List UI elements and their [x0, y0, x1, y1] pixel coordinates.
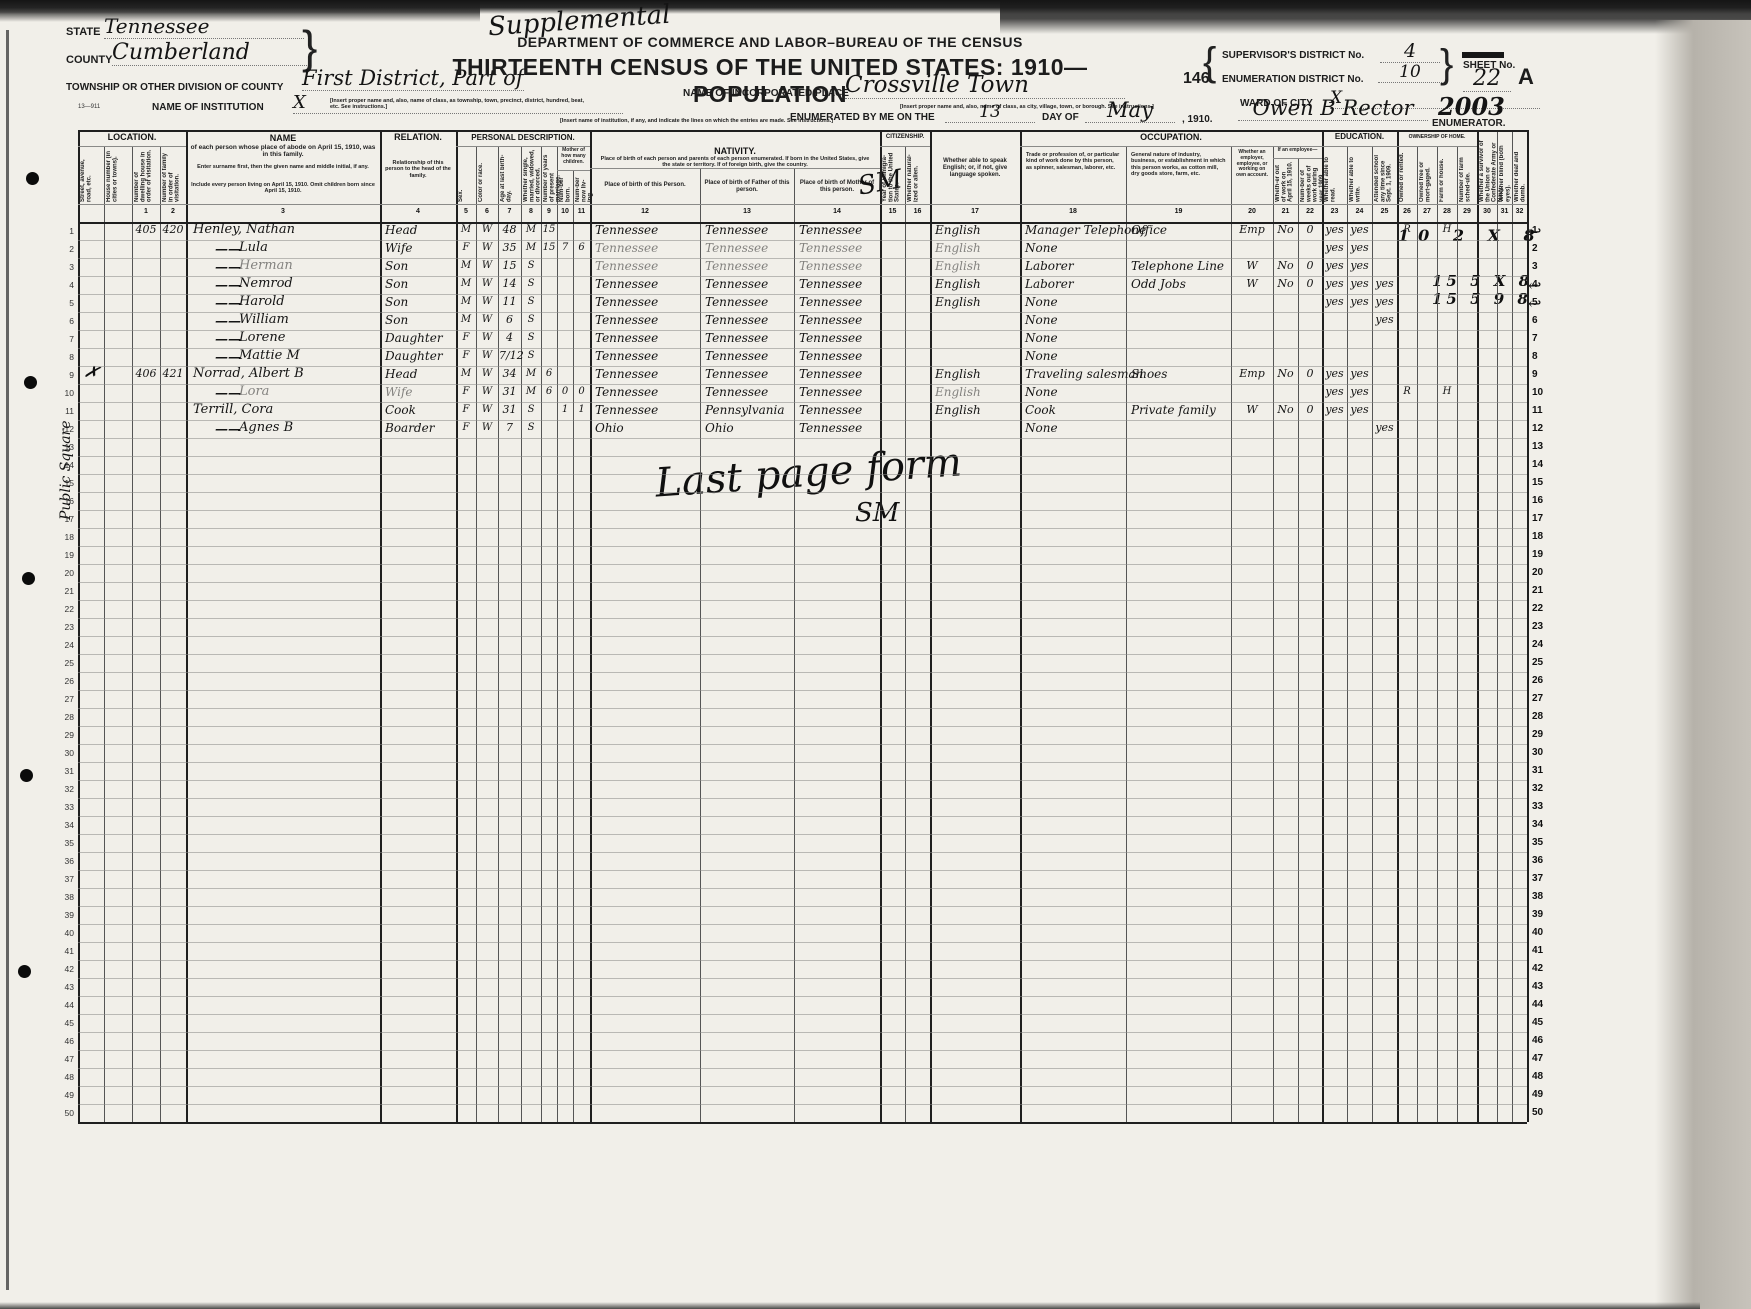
cell-trade-row1: Manager Telephone	[1021, 220, 1129, 238]
occupation-title: OCCUPATION.	[1020, 132, 1322, 142]
grid-vline	[1457, 146, 1458, 1122]
row-number-right: 31	[1532, 765, 1556, 776]
col-number-sex: 5	[456, 208, 476, 215]
cell-pbf-row11: Pennsylvania	[701, 400, 797, 418]
row-number-left: 19	[58, 550, 74, 560]
last-page-initials: SM	[855, 498, 899, 528]
census-scanned-page: Supplemental STATE Tennessee COUNTY Cumb…	[0, 0, 1751, 1309]
cell-pb-row11: Tennessee	[591, 400, 703, 418]
row-number-right: 27	[1532, 693, 1556, 704]
row-number-right: 19	[1532, 549, 1556, 560]
col-header-fh: Farm or house.	[1439, 148, 1455, 202]
row-number-left: 41	[58, 946, 74, 956]
row-number-right: 33	[1532, 801, 1556, 812]
row-number-right: 35	[1532, 837, 1556, 848]
row-number-left: 25	[58, 658, 74, 668]
col-number-read: 23	[1322, 208, 1347, 215]
grid-rowline	[78, 978, 1527, 979]
township-label: TOWNSHIP OR OTHER DIVISION OF COUNTY	[66, 82, 283, 93]
grid-rowline	[78, 996, 1527, 997]
row-number-right: 28	[1532, 711, 1556, 722]
row-number-right: 9	[1532, 369, 1556, 380]
grid-rowline	[78, 510, 1527, 511]
cell-relation-row9: Head	[381, 364, 459, 382]
cell-sex-row8: F	[457, 346, 475, 364]
row-number-right: 2	[1532, 243, 1556, 254]
state-label: STATE	[66, 26, 100, 38]
row-number-left: 37	[58, 874, 74, 884]
cell-mar-row6: S	[522, 310, 540, 328]
cell-eng-row2: English	[931, 238, 1023, 256]
cell-relation-row6: Son	[381, 310, 459, 328]
cell-pb-row4: Tennessee	[591, 274, 703, 292]
grid-vline	[1512, 130, 1513, 1122]
cell-color-row2: W	[477, 238, 497, 256]
cell-fh-row10: H	[1438, 382, 1456, 400]
cell-trade-row11: Cook	[1021, 400, 1129, 418]
cell-pbm-row11: Tennessee	[795, 400, 883, 418]
tabulation-code-row4: 15 5 X 8	[1432, 272, 1533, 290]
cell-color-row1: W	[477, 220, 497, 238]
cell-mar-row4: S	[522, 274, 540, 292]
cell-pb-row1: Tennessee	[591, 220, 703, 238]
grid-rowline	[78, 618, 1527, 619]
scan-top-right-smudge	[1000, 0, 1751, 34]
nativity-note: Place of birth of each person and parent…	[596, 156, 874, 169]
grid-hline	[1397, 146, 1477, 147]
sheet-letter: A	[1518, 64, 1534, 90]
cell-trade-row3: Laborer	[1021, 256, 1129, 274]
cell-age-row5: 11	[499, 292, 520, 310]
row-number-left: 11	[58, 406, 74, 416]
col-header-out: Wheth-er out of work on April 15, 1910.	[1275, 160, 1296, 202]
cell-age-row4: 14	[499, 274, 520, 292]
row-number-left: 29	[58, 730, 74, 740]
col-number-surv: 30	[1477, 208, 1497, 215]
row-number-right: 23	[1532, 621, 1556, 632]
cell-pbf-row1: Tennessee	[701, 220, 797, 238]
row-number-right: 17	[1532, 513, 1556, 524]
cell-liv-row2: 6	[574, 238, 589, 256]
row-number-right: 36	[1532, 855, 1556, 866]
grid-hline	[1322, 146, 1397, 147]
industry-header: General nature of industry, business, or…	[1131, 152, 1226, 177]
cell-pbf-row3: Tennessee	[701, 256, 797, 274]
col-number-immig: 15	[880, 208, 905, 215]
cell-out-row1: No	[1274, 220, 1297, 238]
col-header-surv: Whether a survivor of the Union or Confe…	[1479, 134, 1495, 202]
cell-pbf-row12: Ohio	[701, 418, 797, 436]
cell-mar-row9: M	[522, 364, 540, 382]
hole-punch	[26, 172, 39, 185]
cell-read-row11: yes	[1323, 400, 1346, 418]
cell-emp-row11: W	[1232, 400, 1272, 418]
cell-eng-row1: English	[931, 220, 1023, 238]
grid-rowline	[78, 600, 1527, 601]
col-header-family: Number of family in order of visitation.	[162, 148, 184, 202]
row-number-right: 49	[1532, 1089, 1556, 1100]
incorporated-label: NAME OF INCORPORATED PLACE	[683, 88, 849, 99]
cell-ind-row4: Odd Jobs	[1127, 274, 1234, 292]
name-title: NAME	[186, 133, 380, 143]
cell-trade-row10: None	[1021, 382, 1129, 400]
location-title: LOCATION.	[78, 132, 186, 142]
grid-hline	[557, 170, 590, 171]
row-number-left: 38	[58, 892, 74, 902]
grid-rowline	[78, 492, 1527, 493]
cell-relation-row4: Son	[381, 274, 459, 292]
row-number-left: 31	[58, 766, 74, 776]
col-header-mort: Owned free or mort-gaged.	[1419, 148, 1435, 202]
row-number-right: 25	[1532, 657, 1556, 668]
relation-header-p: Relationship of this person to the head …	[383, 160, 453, 179]
col-number-pbm: 14	[794, 208, 880, 215]
education-title: EDUCATION.	[1322, 132, 1397, 141]
row-number-right: 6	[1532, 315, 1556, 326]
grid-vline	[104, 146, 105, 1122]
personal-description-title: PERSONAL DESCRIPTION.	[456, 133, 590, 142]
cell-pbf-row6: Tennessee	[701, 310, 797, 328]
cell-yrs-row1: 15	[542, 220, 556, 238]
cell-name-row9: Norrad, Albert B	[187, 364, 385, 382]
county-value: Cumberland	[112, 40, 307, 66]
district-brace: {	[1203, 40, 1216, 85]
row-number-right: 5	[1532, 297, 1556, 308]
cell-sex-row12: F	[457, 418, 475, 436]
row-number-right: 42	[1532, 963, 1556, 974]
col-header-natur: Whether natural-ized or alien.	[907, 148, 928, 202]
cell-pbm-row5: Tennessee	[795, 292, 883, 310]
grid-hline	[880, 146, 930, 147]
cell-dwelling-row1: 405	[133, 220, 159, 238]
cell-age-row6: 6	[499, 310, 520, 328]
cell-trade-row4: Laborer	[1021, 274, 1129, 292]
hole-punch	[24, 376, 37, 389]
cell-own-row10: R	[1398, 382, 1416, 400]
col-number-relation: 4	[380, 208, 456, 215]
cell-pbm-row3: Tennessee	[795, 256, 883, 274]
cell-sex-row4: M	[457, 274, 475, 292]
grid-vline	[1497, 130, 1498, 1122]
row-number-right: 4	[1532, 279, 1556, 290]
cell-mar-row11: S	[522, 400, 540, 418]
cell-pb-row2: Tennessee	[591, 238, 703, 256]
cell-pb-row6: Tennessee	[591, 310, 703, 328]
col-header-age: Age at last birth-day.	[500, 148, 519, 202]
cell-sex-row10: F	[457, 382, 475, 400]
cell-mar-row1: M	[522, 220, 540, 238]
cell-read-row3: yes	[1323, 256, 1346, 274]
grid-rowline	[78, 780, 1527, 781]
grid-rowline	[78, 816, 1527, 817]
name-header-p2: Enter surname first, then the given name…	[190, 164, 376, 170]
cell-pbm-row12: Tennessee	[795, 418, 883, 436]
cell-wks-row3: 0	[1299, 256, 1321, 274]
col-header-sched: Number of farm sched-ule.	[1459, 148, 1475, 202]
row-number-right: 50	[1532, 1107, 1556, 1118]
cell-pb-row9: Tennessee	[591, 364, 703, 382]
cell-eng-row5: English	[931, 292, 1023, 310]
cell-ind-row1: Office	[1127, 220, 1234, 238]
col-number-yrs: 9	[541, 208, 557, 215]
cell-emp-row1: Emp	[1232, 220, 1272, 238]
grid-rowline	[78, 1014, 1527, 1015]
grid-rowline	[78, 474, 1527, 475]
grid-hline	[1273, 158, 1322, 159]
grid-vline	[1437, 146, 1438, 1122]
col-header-own: Owned or rented.	[1399, 148, 1415, 202]
row-number-right: 16	[1532, 495, 1556, 506]
cell-pbf-row4: Tennessee	[701, 274, 797, 292]
enumeration-label: ENUMERATION DISTRICT No.	[1222, 74, 1363, 85]
row-number-right: 20	[1532, 567, 1556, 578]
col-number-eng: 17	[930, 208, 1020, 215]
cell-pbf-row7: Tennessee	[701, 328, 797, 346]
grid-vline	[1273, 146, 1274, 1122]
stamp-2003: 2003	[1438, 92, 1505, 121]
cell-yrs-row10: 6	[542, 382, 556, 400]
row-number-left: 50	[58, 1108, 74, 1118]
row-number-left: 20	[58, 568, 74, 578]
col-number-ind: 19	[1126, 208, 1231, 215]
row-number-left: 23	[58, 622, 74, 632]
year-label: , 1910.	[1182, 114, 1213, 125]
row-number-right: 47	[1532, 1053, 1556, 1064]
cell-sex-row1: M	[457, 220, 475, 238]
scan-bottom-edge	[0, 1302, 1700, 1309]
col-number-dwelling: 1	[132, 208, 160, 215]
row-number-left: 44	[58, 1000, 74, 1010]
cell-trade-row5: None	[1021, 292, 1129, 310]
cell-color-row7: W	[477, 328, 497, 346]
row-number-left: 21	[58, 586, 74, 596]
cell-relation-row12: Boarder	[381, 418, 459, 436]
col-header-street: Street, avenue, road, etc.	[80, 148, 102, 202]
relation-title: RELATION.	[380, 132, 456, 142]
cell-mar-row7: S	[522, 328, 540, 346]
cell-color-row5: W	[477, 292, 497, 310]
grid-hline	[78, 204, 1527, 205]
department-line: DEPARTMENT OF COMMERCE AND LABOR–BUREAU …	[430, 34, 1110, 50]
cell-mar-row2: M	[522, 238, 540, 256]
cell-school-row5: yes	[1373, 292, 1396, 310]
cell-mar-row3: S	[522, 256, 540, 274]
cell-pb-row10: Tennessee	[591, 382, 703, 400]
col-number-name: 3	[186, 208, 380, 215]
row-number-right: 10	[1532, 387, 1556, 398]
scan-left-edge	[6, 30, 9, 1290]
grid-rowline	[78, 924, 1527, 925]
row-number-right: 3	[1532, 261, 1556, 272]
ownership-title: OWNERSHIP OF HOME.	[1397, 134, 1477, 140]
cell-pb-row8: Tennessee	[591, 346, 703, 364]
tabulation-code-row1: 10 2 X 8	[1398, 226, 1544, 245]
cell-color-row9: W	[477, 364, 497, 382]
enumerated-month: May	[1085, 98, 1175, 123]
row-number-left: 47	[58, 1054, 74, 1064]
institution-label: NAME OF INSTITUTION	[152, 102, 264, 113]
cell-read-row5: yes	[1323, 292, 1346, 310]
row-number-left: 26	[58, 676, 74, 686]
col-header-born: Num-ber born.	[559, 172, 571, 202]
row-number-right: 1	[1532, 225, 1556, 236]
row-number-left: 15	[58, 478, 74, 488]
cell-emp-row9: Emp	[1232, 364, 1272, 382]
col-header-wks: Num-ber of weeks out of work during year…	[1300, 160, 1320, 202]
cell-pb-row5: Tennessee	[591, 292, 703, 310]
cell-age-row2: 35	[499, 238, 520, 256]
row-number-left: 46	[58, 1036, 74, 1046]
cell-age-row9: 34	[499, 364, 520, 382]
grid-rowline	[78, 636, 1527, 637]
cell-write-row1: yes	[1348, 220, 1371, 238]
cell-read-row4: yes	[1323, 274, 1346, 292]
grid-rowline	[78, 942, 1527, 943]
cell-age-row7: 4	[499, 328, 520, 346]
col-number-liv: 11	[573, 208, 590, 215]
name-header-p1: of each person whose place of abode on A…	[190, 144, 376, 159]
cell-relation-row3: Son	[381, 256, 459, 274]
state-value: Tennessee	[104, 14, 304, 39]
cell-relation-row5: Son	[381, 292, 459, 310]
employer-header: Whether an employer, employee, or workin…	[1233, 150, 1271, 179]
cell-ind-row11: Private family	[1127, 400, 1234, 418]
trade-header: Trade or profession of, or particular ki…	[1026, 152, 1120, 171]
col-number-natur: 16	[905, 208, 930, 215]
cell-ind-row3: Telephone Line	[1127, 256, 1234, 274]
cell-pbm-row8: Tennessee	[795, 346, 883, 364]
cell-fh-row1: H	[1438, 220, 1456, 238]
cell-wks-row11: 0	[1299, 400, 1321, 418]
col-header-sex: Sex.	[458, 148, 474, 202]
grid-vline	[1477, 130, 1479, 1122]
cell-liv-row10: 0	[574, 382, 589, 400]
cell-out-row9: No	[1274, 364, 1297, 382]
scan-right-edge	[1655, 20, 1751, 1309]
grid-vline	[132, 146, 133, 1122]
enumerator-signature: Owen B Rector	[1238, 96, 1428, 121]
cell-wks-row9: 0	[1299, 364, 1321, 382]
grid-rowline	[78, 672, 1527, 673]
cell-mar-row12: S	[522, 418, 540, 436]
row-number-left: 17	[58, 514, 74, 524]
row-number-left: 3	[58, 262, 74, 272]
cell-pbm-row1: Tennessee	[795, 220, 883, 238]
row-number-right: 26	[1532, 675, 1556, 686]
cell-emp-row4: W	[1232, 274, 1272, 292]
col-number-school: 25	[1372, 208, 1397, 215]
grid-rowline	[78, 1050, 1527, 1051]
row-number-right: 48	[1532, 1071, 1556, 1082]
row-number-left: 2	[58, 244, 74, 254]
grid-rowline	[78, 564, 1527, 565]
grid-rowline	[78, 582, 1527, 583]
col-header-blind: Whether blind (both eyes).	[1499, 134, 1510, 202]
birthplace-person-header: Place of birth of this Person.	[594, 182, 696, 189]
row-number-left: 48	[58, 1072, 74, 1082]
row-number-left: 4	[58, 280, 74, 290]
birthplace-father-header: Place of birth of Father of this person.	[703, 180, 791, 194]
col-number-age: 7	[498, 208, 521, 215]
grid-hline	[78, 130, 1527, 132]
col-number-emp: 20	[1231, 208, 1273, 215]
grid-rowline	[78, 726, 1527, 727]
cell-pbm-row6: Tennessee	[795, 310, 883, 328]
english-header: Whether able to speak English; or, if no…	[934, 158, 1016, 179]
cell-eng-row10: English	[931, 382, 1023, 400]
row-number-right: 39	[1532, 909, 1556, 920]
cell-relation-row8: Daughter	[381, 346, 459, 364]
cell-school-row12: yes	[1373, 418, 1396, 436]
row-number-right: 38	[1532, 891, 1556, 902]
cell-school-row6: yes	[1373, 310, 1396, 328]
name-header-p3: Include every person living on April 15,…	[190, 182, 376, 195]
cell-age-row11: 31	[499, 400, 520, 418]
cell-pbm-row9: Tennessee	[795, 364, 883, 382]
cell-out-row3: No	[1274, 256, 1297, 274]
hole-punch	[22, 572, 35, 585]
row-number-left: 6	[58, 316, 74, 326]
grid-rowline	[78, 870, 1527, 871]
col-header-read: Whether able to read.	[1324, 148, 1345, 202]
cell-read-row2: yes	[1323, 238, 1346, 256]
if-employee-label: If an employee—	[1273, 148, 1322, 154]
cell-pbm-row4: Tennessee	[795, 274, 883, 292]
grid-hline	[78, 146, 186, 147]
col-number-wks: 22	[1298, 208, 1322, 215]
cell-out-row11: No	[1274, 400, 1297, 418]
cell-mar-row5: S	[522, 292, 540, 310]
hole-punch	[20, 769, 33, 782]
cell-born-row2: 7	[558, 238, 572, 256]
row-number-left: 14	[58, 460, 74, 470]
grid-vline	[557, 146, 558, 1122]
row-number-right: 45	[1532, 1017, 1556, 1028]
cell-dwelling-row9: 406	[133, 364, 159, 382]
row-number-right: 8	[1532, 351, 1556, 362]
cell-mar-row10: M	[522, 382, 540, 400]
cell-own-row1: R	[1398, 220, 1416, 238]
cell-pbf-row9: Tennessee	[701, 364, 797, 382]
grid-rowline	[78, 546, 1527, 547]
grid-rowline	[78, 834, 1527, 835]
row-number-right: 13	[1532, 441, 1556, 452]
sheet-brace: }	[1440, 42, 1453, 87]
grid-rowline	[78, 690, 1527, 691]
cell-pb-row3: Tennessee	[591, 256, 703, 274]
row-number-left: 5	[58, 298, 74, 308]
county-label: COUNTY	[66, 54, 112, 66]
col-number-family: 2	[160, 208, 186, 215]
col-number-own: 26	[1397, 208, 1417, 215]
enumerator-label: ENUMERATOR.	[1432, 118, 1506, 129]
cell-pbf-row10: Tennessee	[701, 382, 797, 400]
col-number-deaf: 32	[1512, 208, 1527, 215]
col-number-trade: 18	[1020, 208, 1126, 215]
grid-rowline	[78, 654, 1527, 655]
col-number-pb: 12	[590, 208, 700, 215]
cell-write-row11: yes	[1348, 400, 1371, 418]
row-number-left: 42	[58, 964, 74, 974]
row-number-right: 18	[1532, 531, 1556, 542]
row-number-left: 8	[58, 352, 74, 362]
row-number-right: 11	[1532, 405, 1556, 416]
cell-yrs-row9: 6	[542, 364, 556, 382]
row-number-left: 13	[58, 442, 74, 452]
cell-pb-row7: Tennessee	[591, 328, 703, 346]
grid-vline	[1527, 130, 1529, 1122]
row-number-right: 46	[1532, 1035, 1556, 1046]
